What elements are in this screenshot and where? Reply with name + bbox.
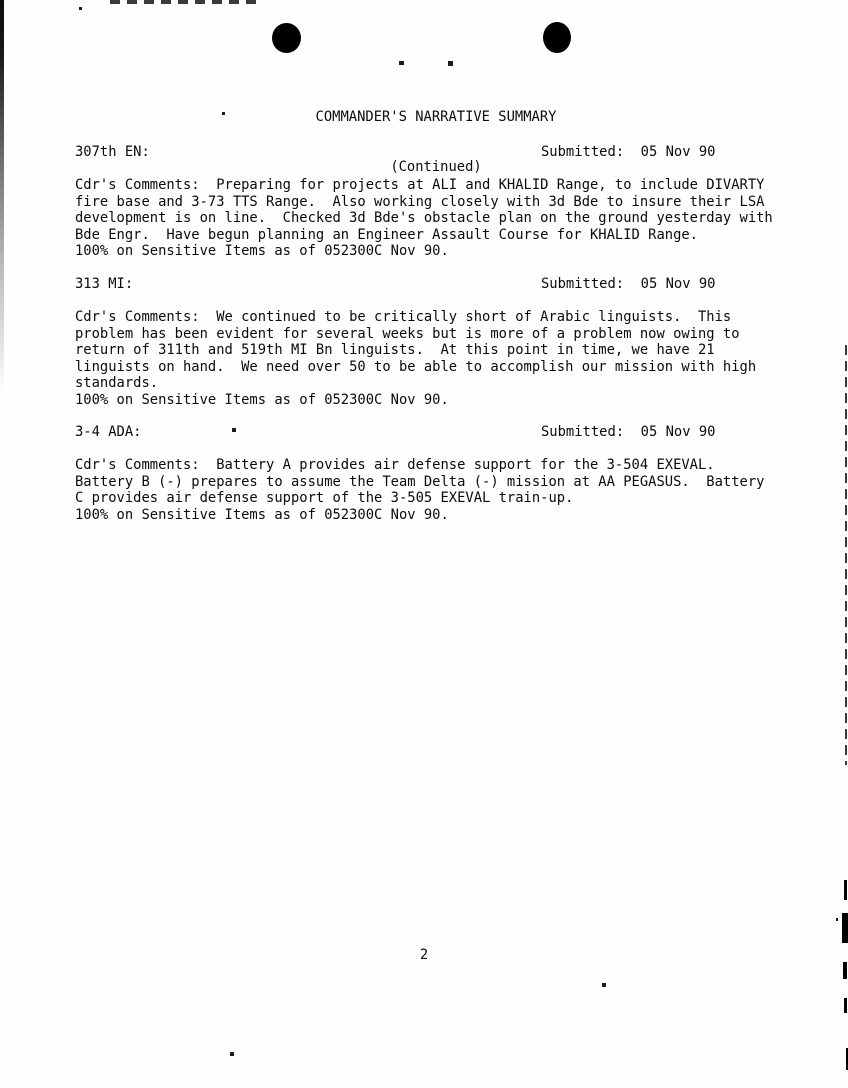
commanders-comments: Cdr's Comments: Battery A provides air d… (75, 457, 781, 523)
commanders-comments: Cdr's Comments: We continued to be criti… (75, 309, 781, 408)
scan-mark-right-2 (842, 913, 848, 943)
section-header: 307th EN: Submitted: 05 Nov 90 (75, 144, 781, 161)
section-header: 3-4 ADA: Submitted: 05 Nov 90 (75, 424, 781, 441)
page-number: 2 (0, 947, 848, 964)
section-header: 313 MI: Submitted: 05 Nov 90 (75, 276, 781, 293)
scan-edge-artifact-right (845, 345, 847, 765)
scan-mark-right-1 (844, 880, 847, 900)
scan-speck (399, 61, 404, 65)
unit-label: 307th EN: (75, 144, 150, 161)
unit-label: 3-4 ADA: (75, 424, 141, 441)
scanned-document-page: COMMANDER'S NARRATIVE SUMMARY (Continued… (0, 0, 848, 1088)
section-313-mi: 313 MI: Submitted: 05 Nov 90 Cdr's Comme… (75, 276, 781, 408)
section-3-4-ada: 3-4 ADA: Submitted: 05 Nov 90 Cdr's Comm… (75, 424, 781, 523)
scan-speck (448, 61, 453, 66)
scan-edge-artifact-left (0, 0, 4, 395)
submitted-label: Submitted: 05 Nov 90 (541, 424, 715, 441)
scan-speck (836, 918, 838, 921)
hole-punch-icon (272, 23, 301, 53)
hole-punch-icon (543, 22, 571, 53)
scan-mark-right-3 (843, 962, 847, 979)
commanders-comments: Cdr's Comments: Preparing for projects a… (75, 177, 781, 260)
submitted-label: Submitted: 05 Nov 90 (541, 144, 715, 161)
submitted-label: Submitted: 05 Nov 90 (541, 276, 715, 293)
document-title: COMMANDER'S NARRATIVE SUMMARY (24, 109, 848, 126)
scan-dashed-line-top (110, 0, 258, 4)
unit-label: 313 MI: (75, 276, 133, 293)
scan-mark-right-4 (844, 998, 847, 1013)
scan-speck (79, 7, 82, 10)
scan-speck (602, 983, 606, 987)
section-307th-en: 307th EN: Submitted: 05 Nov 90 Cdr's Com… (75, 144, 781, 260)
scan-speck (230, 1052, 234, 1056)
